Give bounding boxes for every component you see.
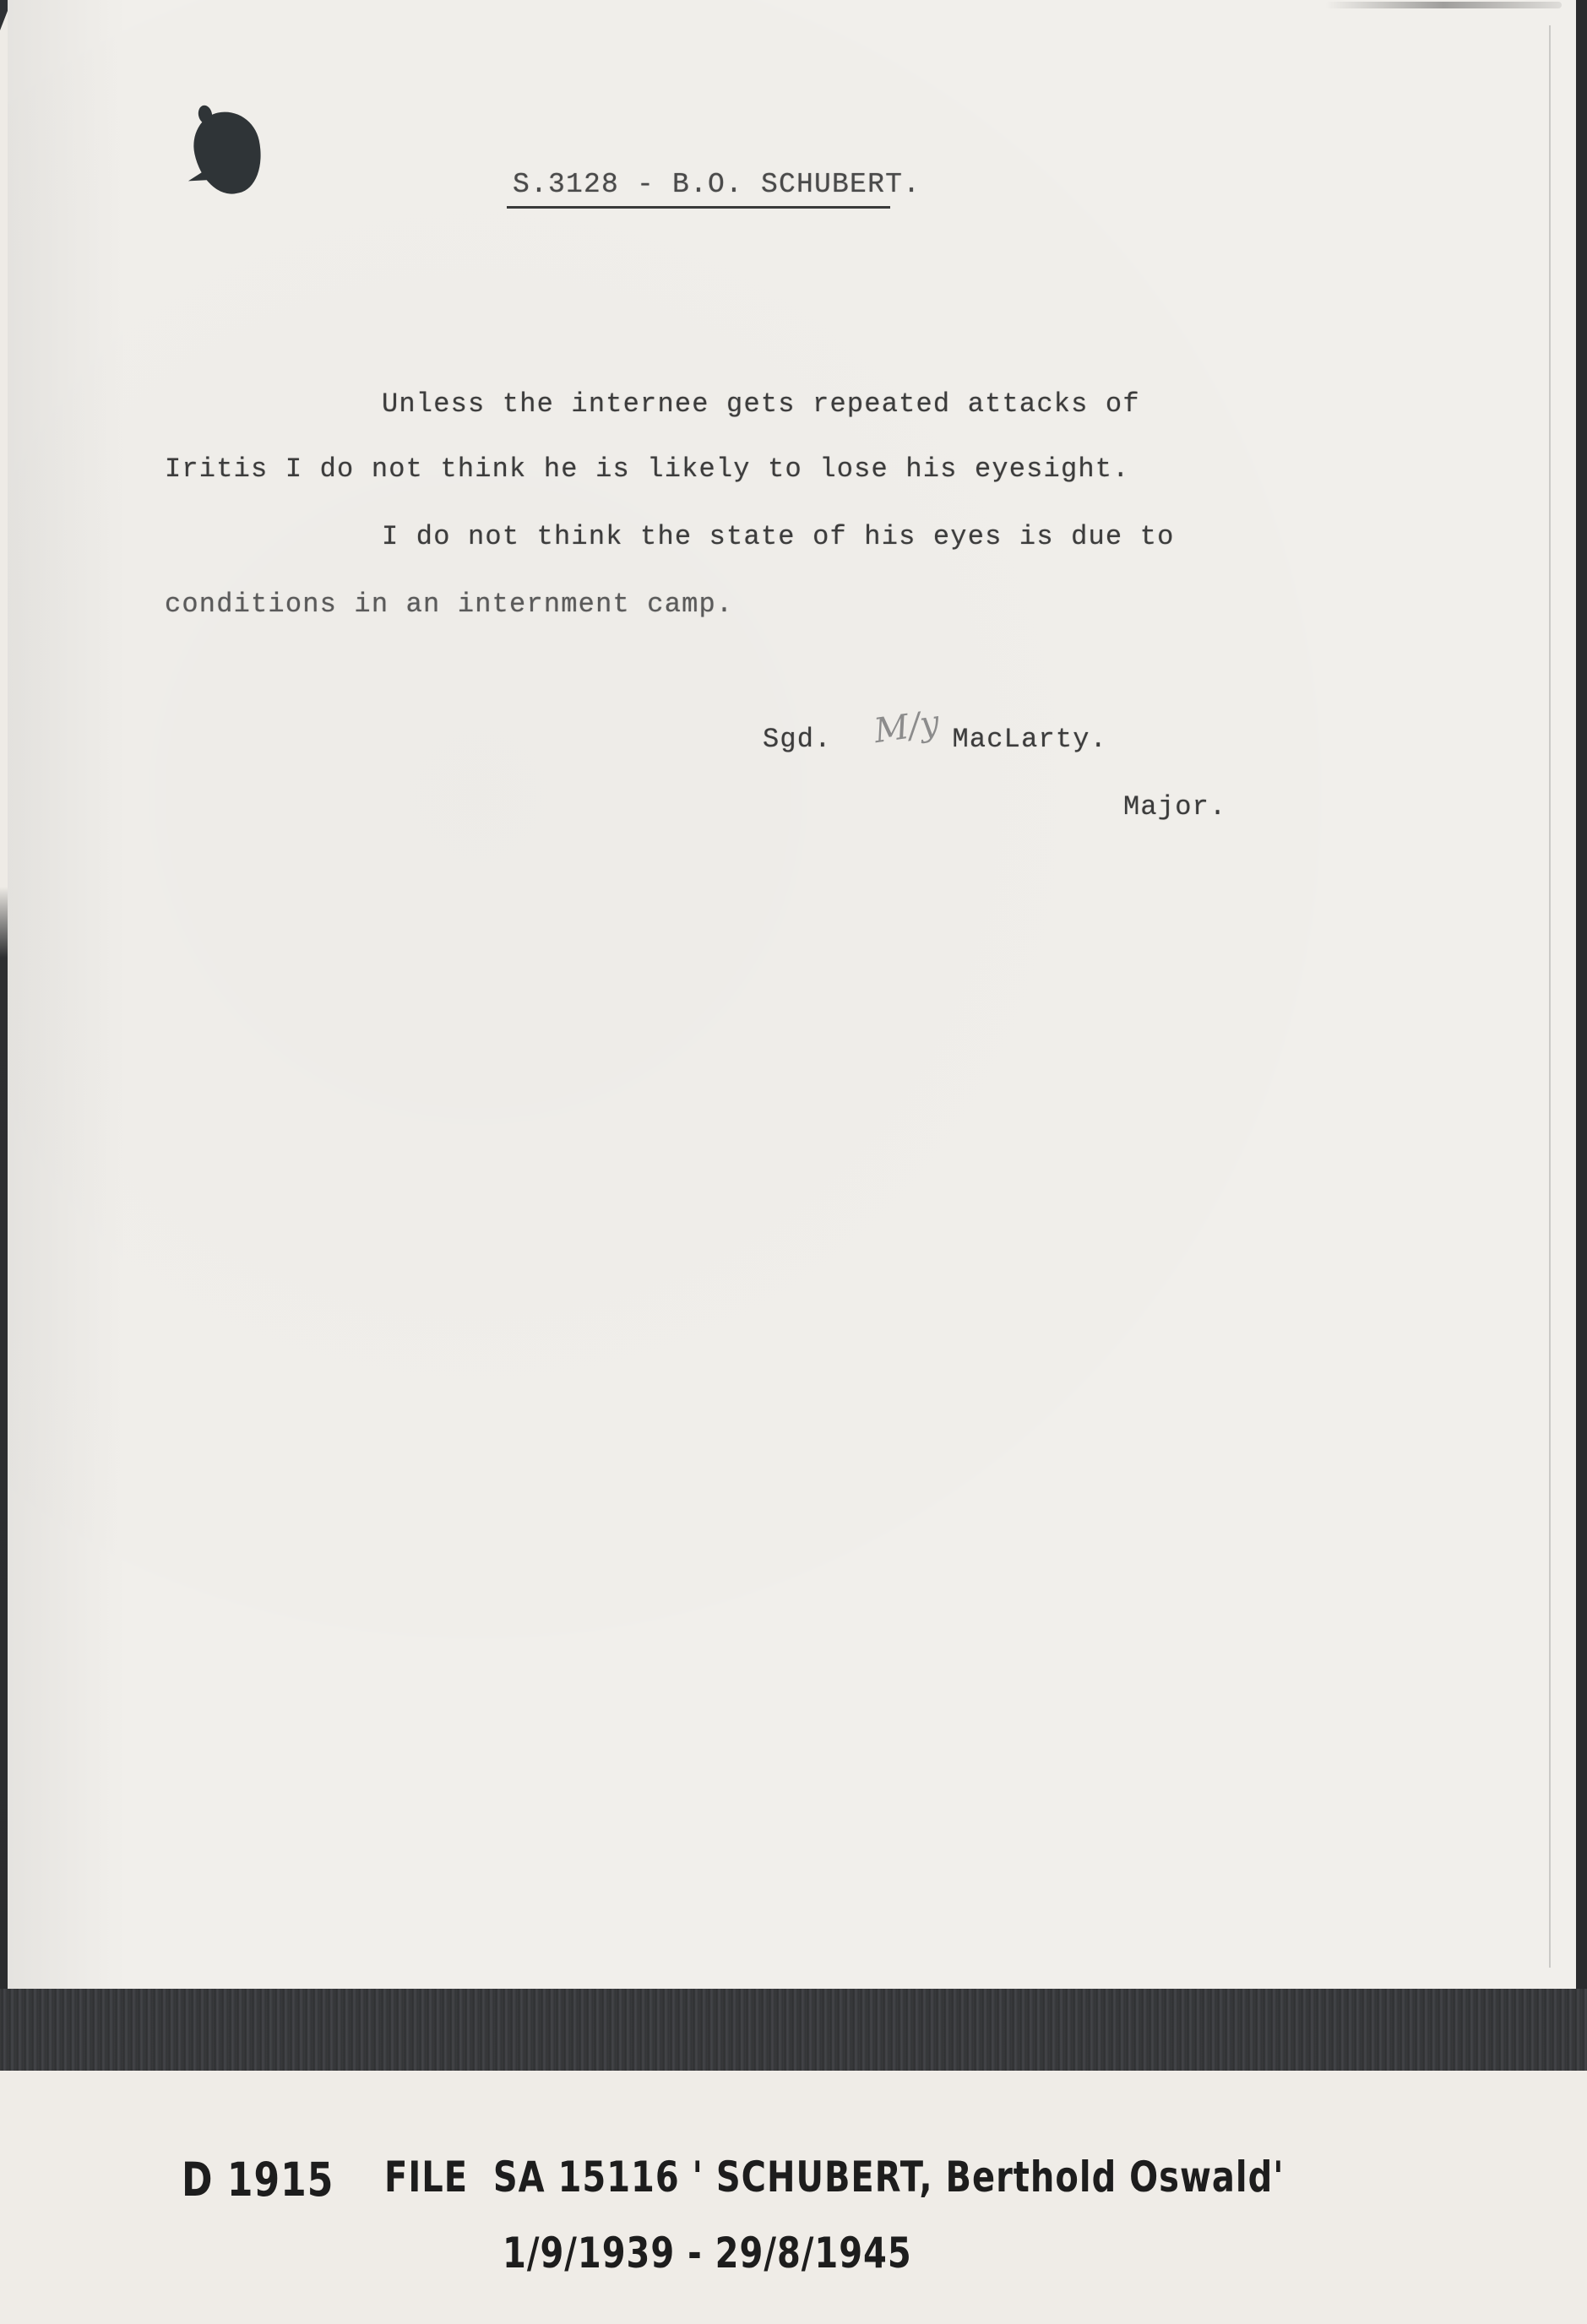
body-line: I do not think the state of his eyes is … — [382, 521, 1175, 552]
punch-hole-icon — [188, 106, 269, 200]
scanned-document: S.3128 - B.O. SCHUBERT. Unless the inter… — [0, 0, 1587, 2324]
signature-prefix: Sgd. — [763, 724, 832, 755]
catalogue-reference: D 1915 — [182, 2153, 334, 2207]
catalogue-file-title: FILE SA 15116 ' SCHUBERT, Berthold Oswal… — [384, 2153, 1285, 2202]
document-heading: S.3128 - B.O. SCHUBERT. — [513, 169, 921, 200]
catalogue-date-range: 1/9/1939 - 29/8/1945 — [503, 2229, 912, 2278]
body-line: conditions in an internment camp. — [165, 589, 733, 620]
top-edge-smudge — [1325, 2, 1562, 8]
body-line: Iritis I do not think he is likely to lo… — [165, 453, 1130, 485]
heading-underline — [507, 206, 890, 209]
signature-name: MacLarty. — [952, 724, 1107, 755]
scanner-backdrop-band — [0, 1989, 1587, 2071]
typed-page — [8, 0, 1576, 1989]
page-edge-crease — [1549, 25, 1551, 1968]
body-line: Unless the internee gets repeated attack… — [382, 388, 1140, 420]
signature-rank: Major. — [1123, 791, 1226, 823]
scanner-backdrop-left-edge — [0, 887, 8, 2069]
scanner-backdrop-right-edge — [1576, 0, 1587, 2071]
